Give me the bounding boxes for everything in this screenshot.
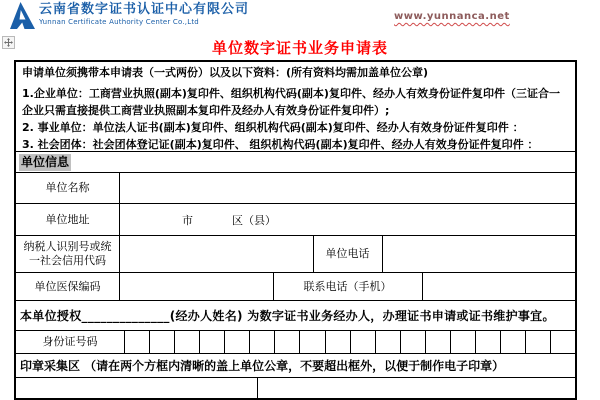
- id-digit-box[interactable]: [401, 331, 426, 353]
- seal-section-title-row: 印章采集区 （请在两个方框内清晰的盖上单位公章，不要超出框外，以便于制作电子印章…: [16, 354, 575, 378]
- unit-name-label: 单位名称: [16, 173, 120, 203]
- unit-address-row: 单位地址 市 区（县）: [16, 204, 575, 236]
- authorization-blank[interactable]: ______________: [82, 309, 170, 323]
- unit-address-label: 单位地址: [16, 204, 120, 235]
- unit-name-row: 单位名称: [16, 173, 575, 204]
- seal-box-left[interactable]: [16, 378, 258, 398]
- id-digit-box[interactable]: [451, 331, 476, 353]
- address-city-suffix: 市: [182, 212, 193, 228]
- address-district-suffix: 区（县）: [232, 212, 276, 228]
- id-digit-box[interactable]: [551, 331, 575, 353]
- unit-info-section-title: 单位信息: [19, 154, 71, 171]
- unit-phone-field[interactable]: [383, 236, 576, 272]
- page-title: 单位数字证书业务申请表: [0, 37, 600, 58]
- instructions-intro: 申请单位须携带本申请表（一式两份）以及以下资料：(所有资料均需加盖单位公章): [22, 64, 569, 81]
- seal-box-right[interactable]: [258, 378, 575, 398]
- medical-code-label: 单位医保编码: [16, 273, 120, 300]
- company-name-cn: 云南省数字证书认证中心有限公司: [39, 2, 249, 17]
- id-digit-box[interactable]: [300, 331, 325, 353]
- company-logo: 云南省数字证书认证中心有限公司 Yunnan Certificate Autho…: [10, 2, 249, 29]
- application-form-table: 申请单位须携带本申请表（一式两份）以及以下资料：(所有资料均需加盖单位公章) 1…: [14, 60, 577, 400]
- id-digit-box[interactable]: [225, 331, 250, 353]
- instruction-social-group: 3. 社会团体：社会团体登记证(副本)复印件、 组织机构代码(副本)复印件、经办…: [22, 136, 569, 153]
- id-digit-box[interactable]: [175, 331, 200, 353]
- tax-id-label: 纳税人识别号或统一社会信用代码: [16, 236, 120, 272]
- id-digit-box[interactable]: [526, 331, 551, 353]
- id-digit-box[interactable]: [376, 331, 401, 353]
- unit-info-section-row: 单位信息: [16, 152, 575, 173]
- authorization-row: 本单位授权______________(经办人姓名) 为数字证书业务经办人，办理…: [16, 301, 575, 331]
- authorization-suffix: (经办人姓名) 为数字证书业务经办人，办理证书申请或证书维护事宜。: [170, 307, 555, 324]
- id-digit-box[interactable]: [501, 331, 526, 353]
- instructions-block: 申请单位须携带本申请表（一式两份）以及以下资料：(所有资料均需加盖单位公章) 1…: [16, 62, 575, 152]
- contact-phone-label: 联系电话（手机）: [274, 273, 423, 300]
- ca-logo-icon: [10, 2, 35, 29]
- id-number-boxes[interactable]: [125, 331, 575, 353]
- id-digit-box[interactable]: [426, 331, 451, 353]
- instruction-enterprise: 1.企业单位：工商营业执照(副本)复印件、组织机构代码(副本)复印件、经办人有效…: [22, 85, 569, 119]
- id-digit-box[interactable]: [250, 331, 275, 353]
- unit-phone-label: 单位电话: [314, 236, 383, 272]
- id-digit-box[interactable]: [351, 331, 376, 353]
- id-digit-box[interactable]: [125, 331, 150, 353]
- id-number-row: 身份证号码: [16, 331, 575, 354]
- medical-code-field[interactable]: [120, 273, 274, 300]
- id-number-label: 身份证号码: [16, 331, 125, 353]
- contact-phone-field[interactable]: [423, 273, 576, 300]
- website-link[interactable]: www.yunnanca.net: [394, 11, 510, 22]
- id-digit-box[interactable]: [326, 331, 351, 353]
- id-digit-box[interactable]: [275, 331, 300, 353]
- unit-name-field[interactable]: [120, 173, 575, 203]
- authorization-prefix: 本单位授权: [20, 307, 82, 324]
- seal-boxes-row: [16, 378, 575, 398]
- unit-address-field[interactable]: 市 区（县）: [120, 204, 575, 235]
- company-name-en: Yunnan Certificate Authority Center Co.,…: [39, 17, 249, 27]
- instruction-institution: 2. 事业单位：单位法人证书(副本)复印件、组织机构代码(副本)复印件、经办人有…: [22, 119, 569, 136]
- tax-id-field[interactable]: [120, 236, 314, 272]
- tax-id-row: 纳税人识别号或统一社会信用代码 单位电话: [16, 236, 575, 273]
- seal-section-title: 印章采集区 （请在两个方框内清晰的盖上单位公章，不要超出框外，以便于制作电子印章…: [20, 357, 504, 374]
- id-digit-box[interactable]: [200, 331, 225, 353]
- medical-code-row: 单位医保编码 联系电话（手机）: [16, 273, 575, 301]
- id-digit-box[interactable]: [150, 331, 175, 353]
- id-digit-box[interactable]: [476, 331, 501, 353]
